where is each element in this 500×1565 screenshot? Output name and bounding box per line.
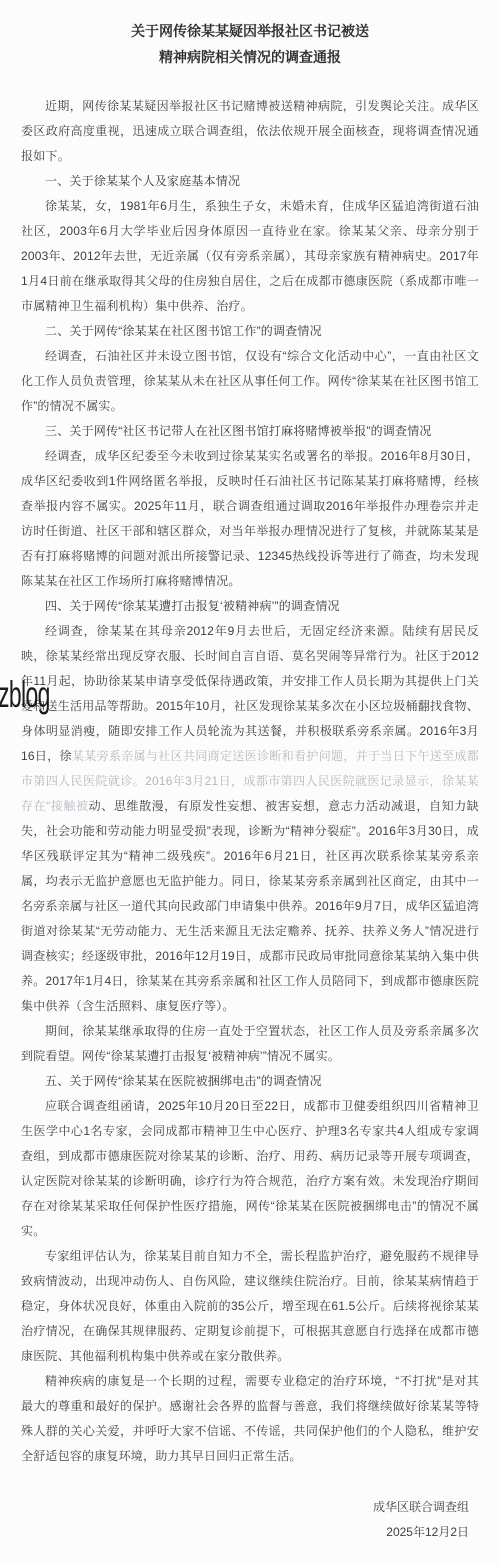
- section-5-heading: 五、关于网传“徐某某在医院被捆绑电击”的调查情况: [21, 1069, 479, 1094]
- page-title: 关于网传徐某某疑因举报社区书记被送 精神病院相关情况的调查通报: [21, 18, 479, 70]
- signature-date: 2025年12月2日: [21, 1520, 469, 1545]
- paragraph-segment: 动、思维散漫，有原发性妄想、被害妄想，意志力活动减退，自知力缺失，社会功能和劳动…: [21, 799, 479, 1013]
- section-1-paragraph: 徐某某，女，1981年6月生，系独生子女，未婚未育，住成华区猛追湾街道石油社区，…: [21, 194, 479, 319]
- section-5-paragraph-2: 专家组评估认为，徐某某目前自知力不全，需长程监护治疗，避免服药不规律导致病情波动…: [21, 1244, 479, 1369]
- signature-block: 成华区联合调查组 2025年12月2日: [21, 1495, 479, 1545]
- section-2-paragraph: 经调查，石油社区并未设立图书馆，仅设有“综合文化活动中心”，一直由社区文化工作人…: [21, 344, 479, 419]
- section-1-heading: 一、关于徐某某个人及家庭基本情况: [21, 169, 479, 194]
- notice-document: 关于网传徐某某疑因举报社区书记被送 精神病院相关情况的调查通报 近期，网传徐某某…: [0, 0, 500, 1565]
- section-2-heading: 二、关于网传“徐某某在社区图书馆工作”的调查情况: [21, 319, 479, 344]
- section-4-paragraph-2: 期间，徐某某继承取得的住房一直处于空置状态，社区工作人员及旁系亲属多次到院看望。…: [21, 1019, 479, 1069]
- section-4-paragraph-1: 经调查，徐某某在其母亲2012年9月去世后，无固定经济来源。陆续有居民反映，徐某…: [21, 619, 479, 1019]
- section-4-heading: 四、关于网传“徐某某遭打击报复‘被精神病’”的调查情况: [21, 594, 479, 619]
- section-3-heading: 三、关于网传“社区书记带人在社区图书馆打麻将赌博被举报”的调查情况: [21, 419, 479, 444]
- closing-paragraph: 精神疾病的康复是一个长期的过程，需要专业稳定的治疗环境，“不打扰”是对其最大的尊…: [21, 1369, 479, 1469]
- title-line-1: 关于网传徐某某疑因举报社区书记被送: [131, 23, 369, 39]
- intro-paragraph: 近期，网传徐某某疑因举报社区书记赌博被送精神病院，引发舆论关注。成华区委区政府高…: [21, 94, 479, 169]
- paragraph-segment: 经调查，徐某某在其母亲2012年9月去世后，无固定经济来源。陆续有居民反映，徐某…: [21, 624, 479, 763]
- section-5-paragraph-1: 应联合调查组函请，2025年10月20日至22日，成都市卫健委组织四川省精神卫生…: [21, 1094, 479, 1244]
- title-line-2: 精神病院相关情况的调查通报: [159, 49, 341, 65]
- section-3-paragraph: 经调查，成华区纪委至今未收到过徐某某实名或署名的举报。2016年8月30日，成华…: [21, 444, 479, 594]
- signature-author: 成华区联合调查组: [21, 1495, 469, 1520]
